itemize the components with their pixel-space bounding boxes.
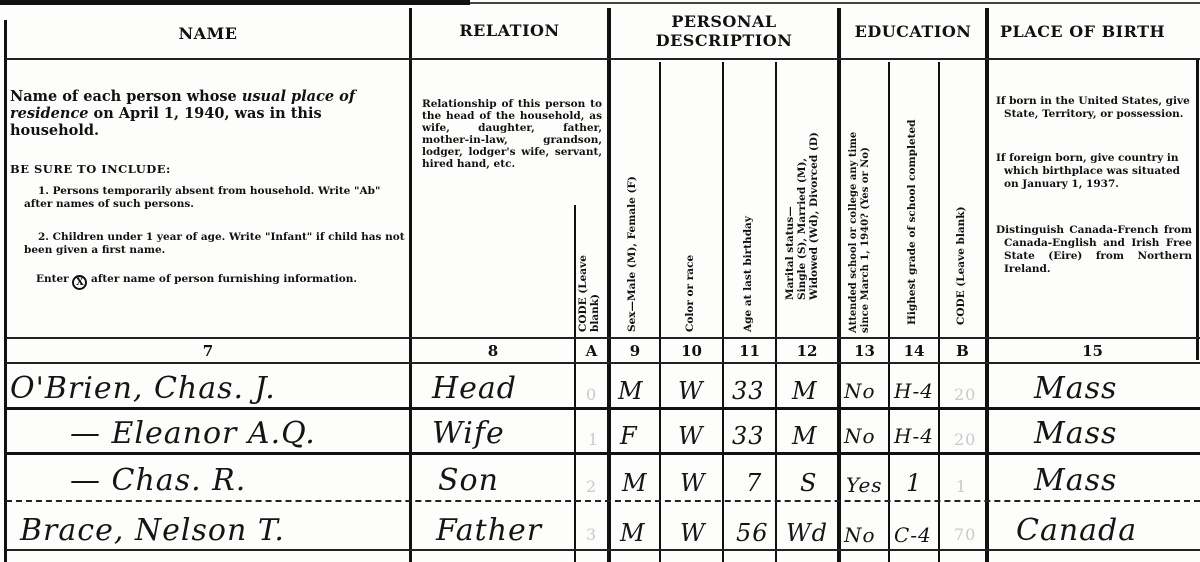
row1-sex: M [618,374,644,408]
row2-attended: No [844,419,876,453]
colnum-top-rule [6,337,1200,339]
marital-header: Marital status—Single (S), Married (M),W… [784,90,832,300]
row3-marital: S [800,466,817,500]
colnum-8: 8 [412,341,574,361]
row1-age: 33 [732,374,765,408]
colnum-9: 9 [611,341,659,361]
divider-relation-personal [607,8,611,562]
circled-x-icon: X [72,275,87,290]
colnum-12: 12 [777,341,837,361]
row4-name: Brace, Nelson T. [20,514,285,548]
row3-attended: Yes [846,468,883,502]
row3-grade: 1 [906,466,922,500]
divider-sex-color [659,62,661,562]
colnum-10: 10 [661,341,722,361]
row3-color: W [680,466,706,500]
colnum-b: B [940,341,985,361]
divider-name-relation [409,8,412,562]
top-border [0,0,470,5]
row2-marital: M [792,419,818,453]
row3-sex: M [622,466,648,500]
row4-attended: No [844,518,876,552]
group-education-title: EDUCATION [841,22,985,41]
row1-code-b: 20 [954,378,976,412]
highest-grade-header: Highest grade of school completed [906,80,920,325]
row2-code-a: 1 [588,423,599,457]
relation-instruction: Relationship of this person to the head … [422,98,602,170]
row-rule-4 [6,549,1200,551]
be-sure-heading: BE SURE TO INCLUDE: [10,162,171,176]
row4-age: 56 [736,516,769,550]
row4-code-b: 70 [954,518,976,552]
birth-instruction-3: Distinguish Canada-French from Canada-En… [996,224,1192,276]
color-header: Color or race [684,220,698,332]
row-rule-3 [6,500,1200,502]
row1-code-a: 0 [586,378,597,412]
row2-grade: H-4 [894,419,934,453]
row3-code-b: 1 [956,470,967,504]
birth-instruction-2: If foreign born, give country in which b… [996,152,1192,191]
row1-birthplace: Mass [1034,372,1117,406]
left-border [4,20,7,562]
header-rule [6,58,1200,60]
code-a-header-line2: blank) [589,294,601,332]
row1-relation: Head [432,372,517,406]
name-instruction-item-1: 1. Persons temporarily absent from house… [24,185,406,211]
row2-age: 33 [732,419,765,453]
row-rule-1 [6,407,1200,410]
colnum-11: 11 [724,341,775,361]
row3-relation: Son [438,464,499,498]
row2-name: — Eleanor A.Q. [70,417,316,451]
row2-sex: F [620,419,638,453]
top-border-thin [470,2,1200,4]
divider-grade-code-b [938,62,940,562]
code-a-header: CODE (Leaveblank) [577,212,605,332]
right-border [1196,60,1199,360]
row4-grade: C-4 [894,518,932,552]
row1-color: W [678,374,704,408]
divider-age-marital [775,62,777,562]
row4-color: W [680,516,706,550]
divider-color-age [722,62,724,562]
colnum-14: 14 [890,341,938,361]
row1-marital: M [792,374,818,408]
name-instruction: Name of each person whose usual place of… [10,88,406,139]
row1-grade: H-4 [894,374,934,408]
group-name-title: NAME [8,24,408,43]
row4-marital: Wd [786,516,828,550]
row4-sex: M [620,516,646,550]
row2-color: W [678,419,704,453]
row4-relation: Father [436,514,542,548]
census-form-1940: NAME RELATION PERSONAL DESCRIPTION EDUCA… [0,0,1200,562]
row2-code-b: 20 [954,423,976,457]
code-a-header-line1: CODE (Leave [577,255,589,332]
divider-personal-education [837,8,841,562]
row3-birthplace: Mass [1034,464,1117,498]
row3-age: 7 [746,466,762,500]
colnum-a: A [576,341,607,361]
furnisher-text-a: Enter [36,273,72,285]
divider-attended-grade [888,62,890,562]
row2-birthplace: Mass [1034,417,1117,451]
attended-header-line2: since March 1, 1940? (Yes or No) [860,147,871,333]
row-rule-2 [6,452,1200,455]
row3-code-a: 2 [586,470,597,504]
name-instruction-text-a: Name of each person whose [10,88,242,105]
row3-name: — Chas. R. [70,464,246,498]
row4-birthplace: Canada [1016,514,1137,548]
code-b-header: CODE (Leave blank) [955,180,969,325]
colnum-15: 15 [989,341,1196,361]
name-instruction-item-2: 2. Children under 1 year of age. Write "… [24,231,406,257]
attended-school-header: Attended school or college any timesince… [848,65,884,333]
age-header: Age at last birthday [742,170,756,332]
divider-code-a-left [574,205,576,562]
colnum-7: 7 [8,341,408,361]
row2-relation: Wife [432,417,505,451]
colnum-bottom-rule [6,362,1200,364]
marital-header-line1: Marital status— [784,206,796,300]
attended-header-line1: Attended school or college any time [848,132,859,333]
birth-instruction-1: If born in the United States, give State… [996,95,1192,121]
group-personal-title-line1: PERSONAL [611,12,837,31]
row4-code-a: 3 [586,518,597,552]
furnisher-instruction: Enter X after name of person furnishing … [36,273,408,290]
row1-attended: No [844,374,876,408]
colnum-13: 13 [841,341,888,361]
divider-education-birth [985,8,989,562]
group-birth-title: PLACE OF BIRTH [1000,22,1200,41]
furnisher-text-b: after name of person furnishing informat… [87,273,357,285]
marital-header-line2: Single (S), Married (M), [796,158,808,300]
sex-header: Sex—Male (M), Female (F) [626,120,640,332]
group-personal-title-line2: DESCRIPTION [611,31,837,50]
row1-name: O'Brien, Chas. J. [10,372,276,406]
group-relation-title: RELATION [412,21,607,40]
marital-header-line3: Widowed (Wd), Divorced (D) [808,132,820,300]
